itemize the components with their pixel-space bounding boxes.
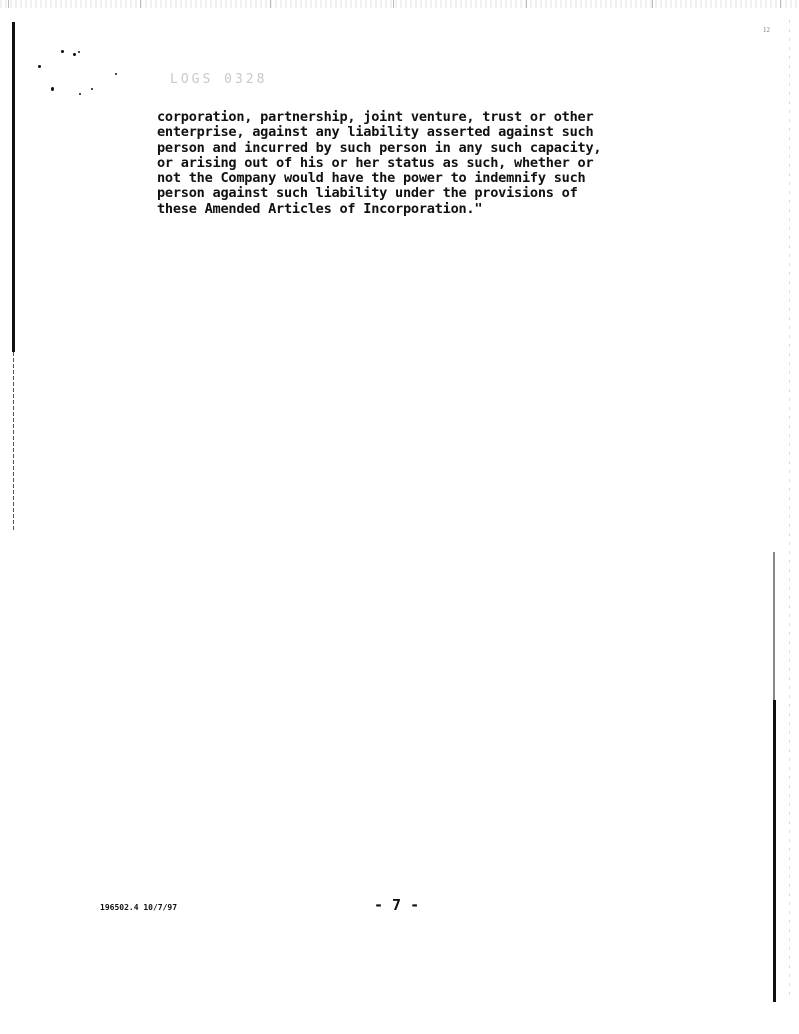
scan-tick <box>780 0 781 8</box>
footer-document-id: 196502.4 10/7/97 <box>100 903 177 912</box>
scan-tick <box>652 0 653 8</box>
scan-right-margin-bar <box>773 700 776 1002</box>
document-page: LOGS 0328 12 corporation, partnership, j… <box>0 0 799 1034</box>
scan-speck <box>73 53 76 56</box>
scan-top-edge <box>0 0 799 8</box>
body-line: person against such liability under the … <box>157 186 667 201</box>
scan-tick <box>393 0 394 8</box>
scan-tick <box>526 0 527 8</box>
body-line: person and incurred by such person in an… <box>157 141 667 156</box>
scan-right-speckle <box>789 20 790 1000</box>
body-line: not the Company would have the power to … <box>157 171 667 186</box>
scan-left-margin-bar <box>12 22 15 352</box>
body-line: or arising out of his or her status as s… <box>157 156 667 171</box>
footer-page-number: - 7 - <box>374 896 419 914</box>
body-line: corporation, partnership, joint venture,… <box>157 110 667 125</box>
scan-left-margin-line <box>13 352 14 532</box>
scan-speck <box>61 50 64 53</box>
scan-tick <box>140 0 141 8</box>
scan-tick <box>270 0 271 8</box>
page-reference-number: 12 <box>763 26 770 34</box>
scan-tick <box>8 0 9 8</box>
scan-speck <box>78 51 80 53</box>
scan-speck <box>51 87 54 91</box>
scan-speck <box>38 65 41 68</box>
body-line: these Amended Articles of Incorporation.… <box>157 202 667 217</box>
scan-speck <box>79 93 81 95</box>
scan-speck <box>91 88 93 90</box>
scan-speck <box>115 73 117 75</box>
body-line: enterprise, against any liability assert… <box>157 125 667 140</box>
body-paragraph: corporation, partnership, joint venture,… <box>157 110 667 217</box>
faint-header-stamp: LOGS 0328 <box>170 72 267 87</box>
